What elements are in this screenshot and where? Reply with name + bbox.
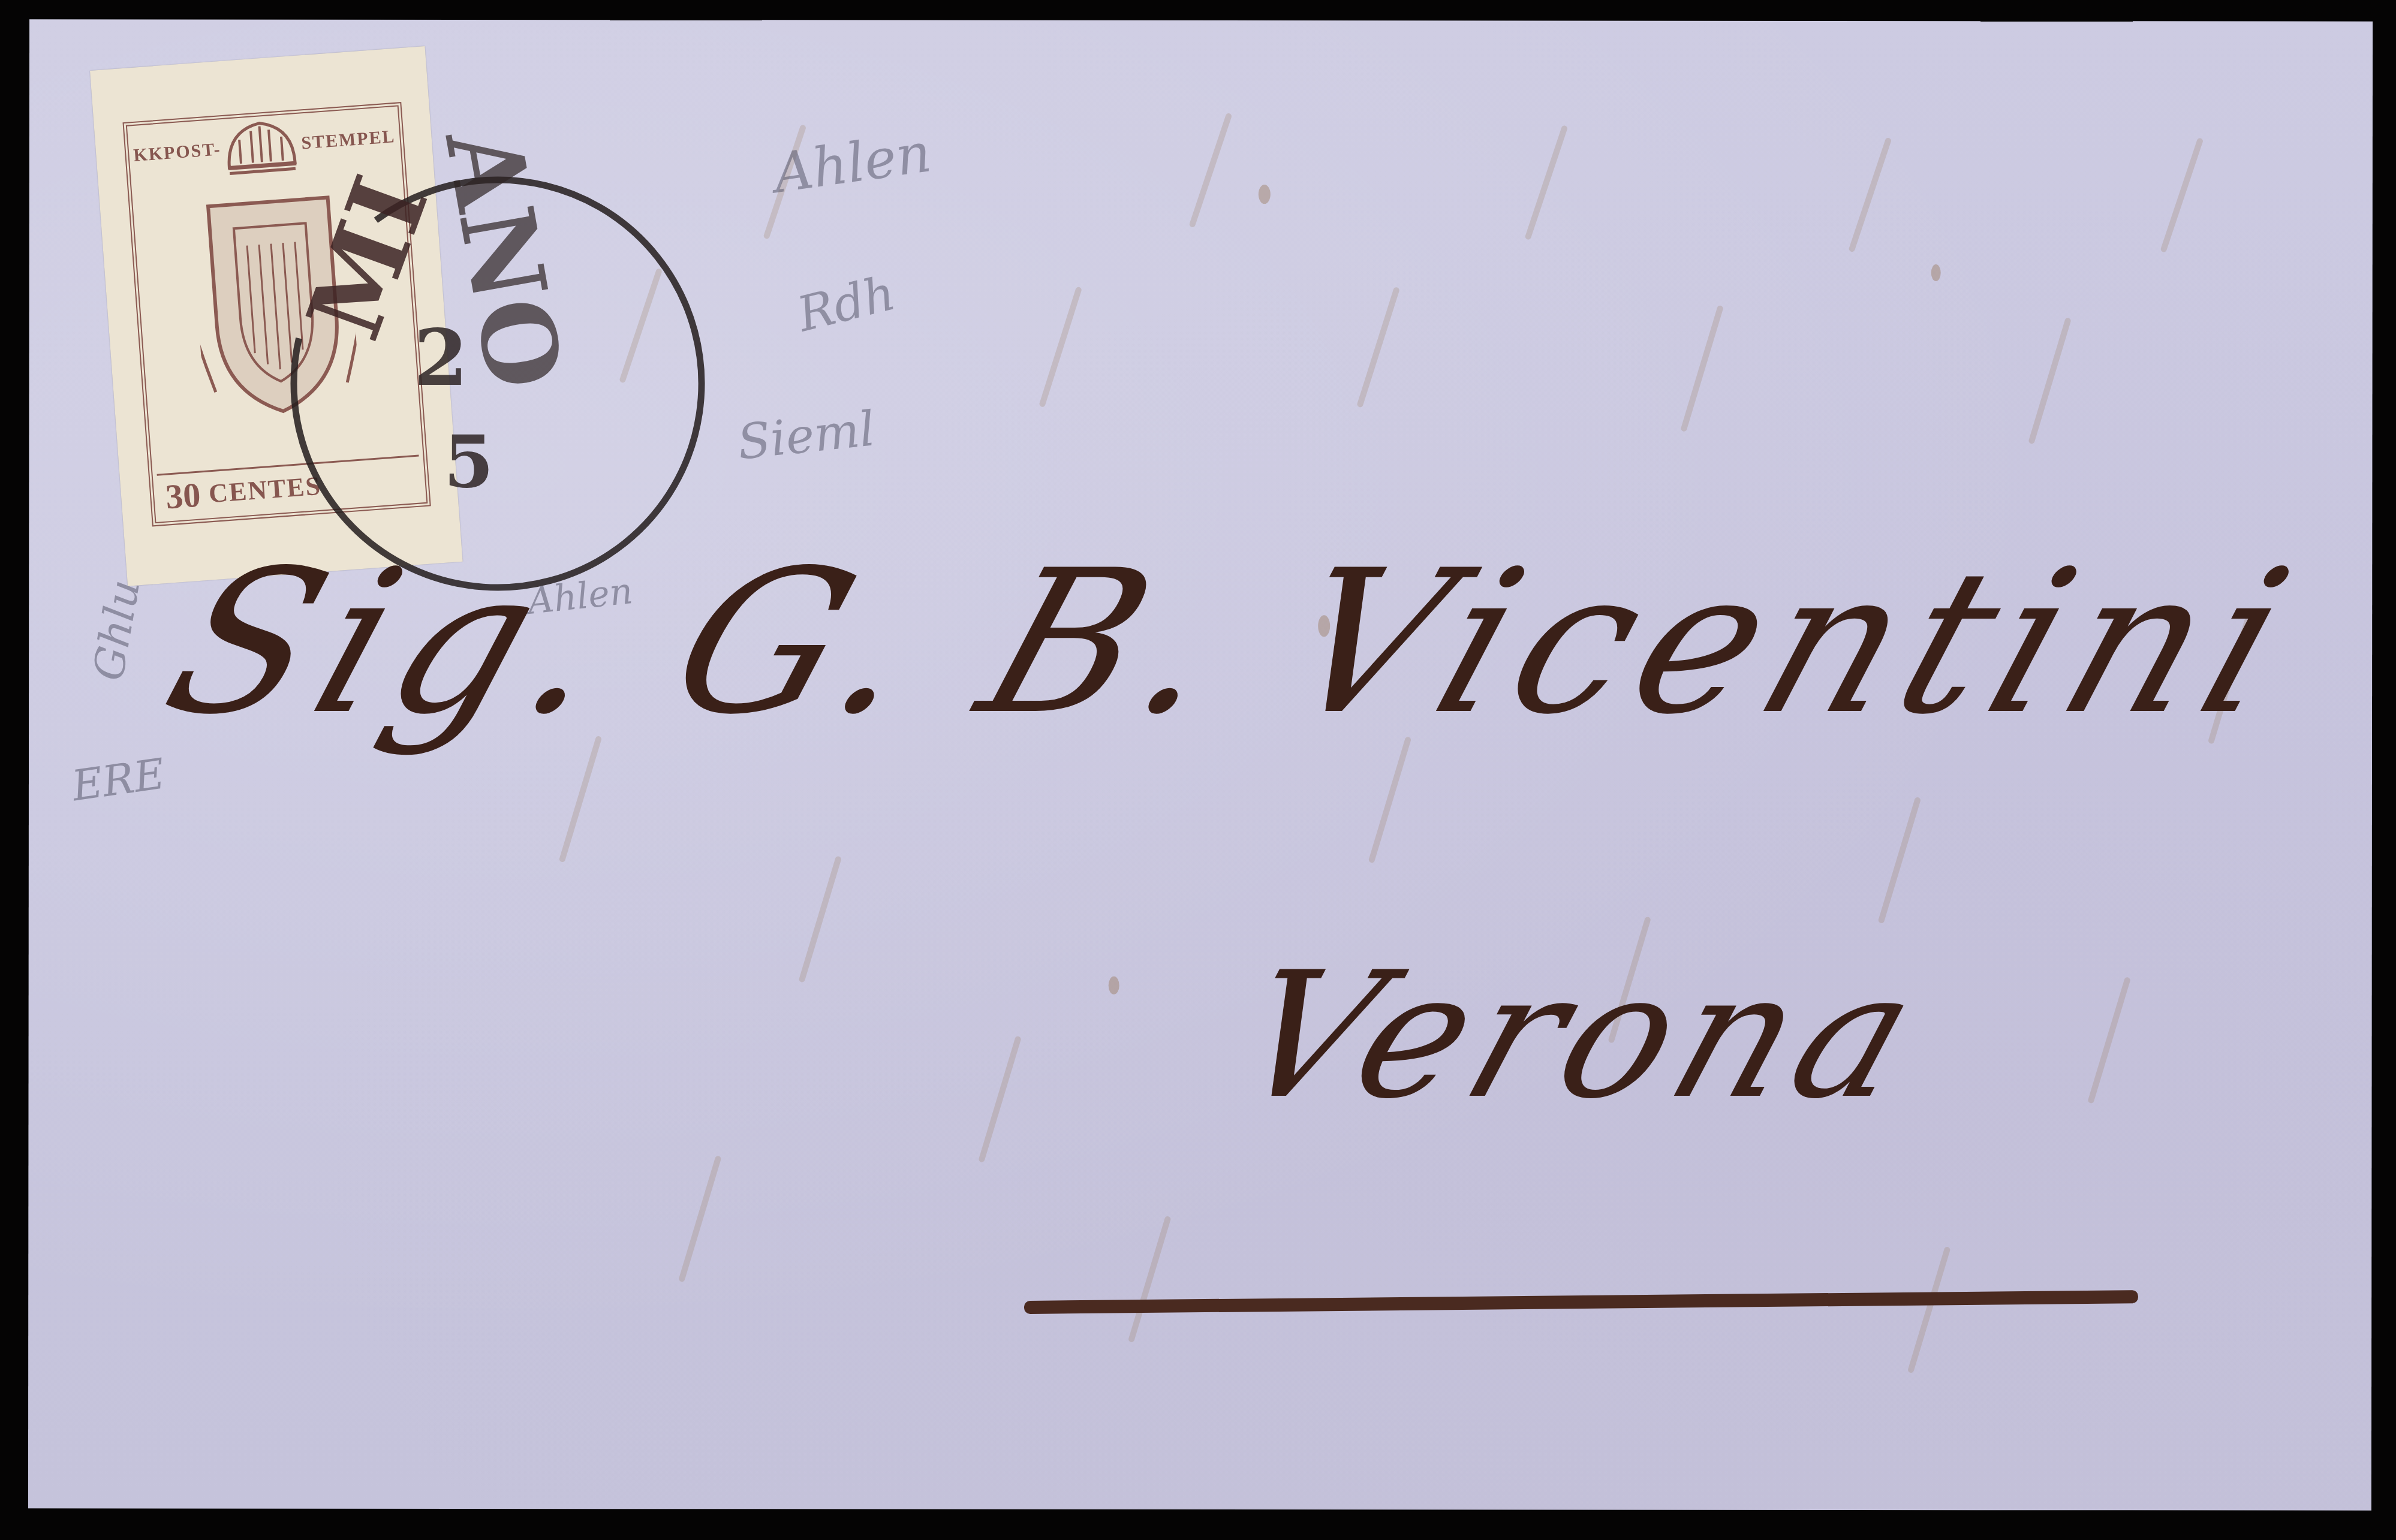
address-city: Verona xyxy=(1214,935,1946,1137)
postmark-day: 2 xyxy=(414,312,468,403)
stamp-value-numeral: 30 xyxy=(164,474,202,517)
stamp-value-currency: CENTES xyxy=(207,470,322,509)
crown-icon xyxy=(220,114,302,177)
address-recipient: Sig. G. B. Vicentini xyxy=(143,528,2324,758)
postmark-month: 5 xyxy=(444,420,494,504)
